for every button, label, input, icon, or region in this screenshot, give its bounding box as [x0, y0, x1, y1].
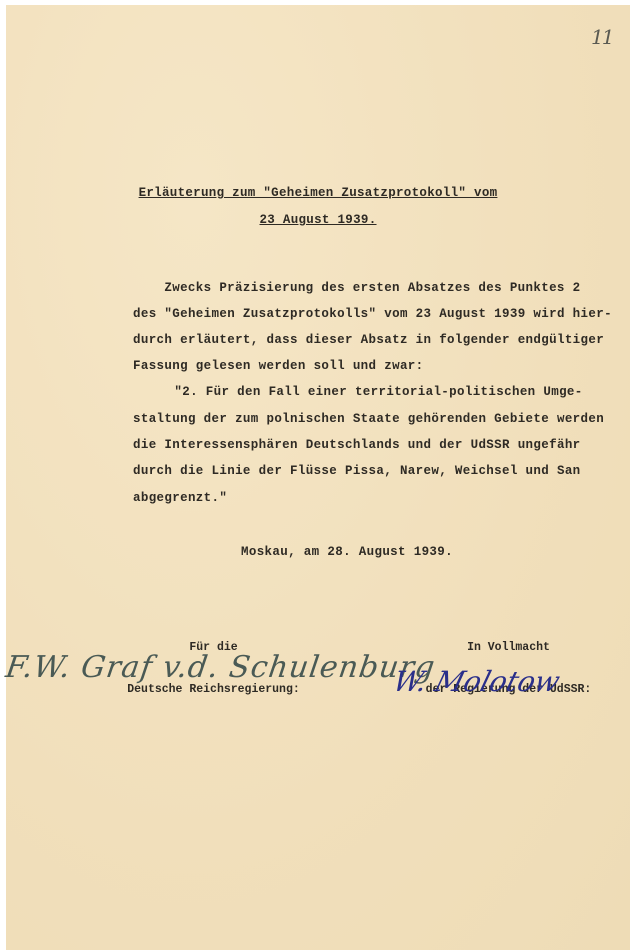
place-date: Moskau, am 28. August 1939.	[241, 545, 453, 559]
signature-molotow: W. Molotow	[390, 665, 564, 698]
body-line: "2. Für den Fall einer territorial-polit…	[88, 385, 583, 399]
body-line: des "Geheimen Zusatzprotokolls" vom 23 A…	[133, 307, 612, 321]
body-line: durch erläutert, dass dieser Absatz in f…	[133, 333, 604, 347]
body-line: Zwecks Präzisierung des ersten Absatzes …	[78, 281, 580, 295]
document-page: 11 Erläuterung zum "Geheimen Zusatzproto…	[6, 5, 630, 950]
signature-schulenburg: F.W. Graf v.d. Schulenburg	[4, 650, 438, 685]
page-number: 11	[591, 25, 612, 49]
document-title-line2: 23 August 1939.	[6, 213, 630, 227]
document-title-line1: Erläuterung zum "Geheimen Zusatzprotokol…	[6, 186, 630, 200]
left-signatory-line2: Deutsche Reichsregierung:	[106, 683, 321, 697]
body-line: staltung der zum polnischen Staate gehör…	[133, 412, 604, 426]
body-line: die Interessensphären Deutschlands und d…	[133, 438, 581, 452]
body-line: abgegrenzt."	[133, 491, 227, 505]
body-line: Fassung gelesen werden soll und zwar:	[133, 359, 424, 373]
body-line: durch die Linie der Flüsse Pissa, Narew,…	[133, 464, 581, 478]
